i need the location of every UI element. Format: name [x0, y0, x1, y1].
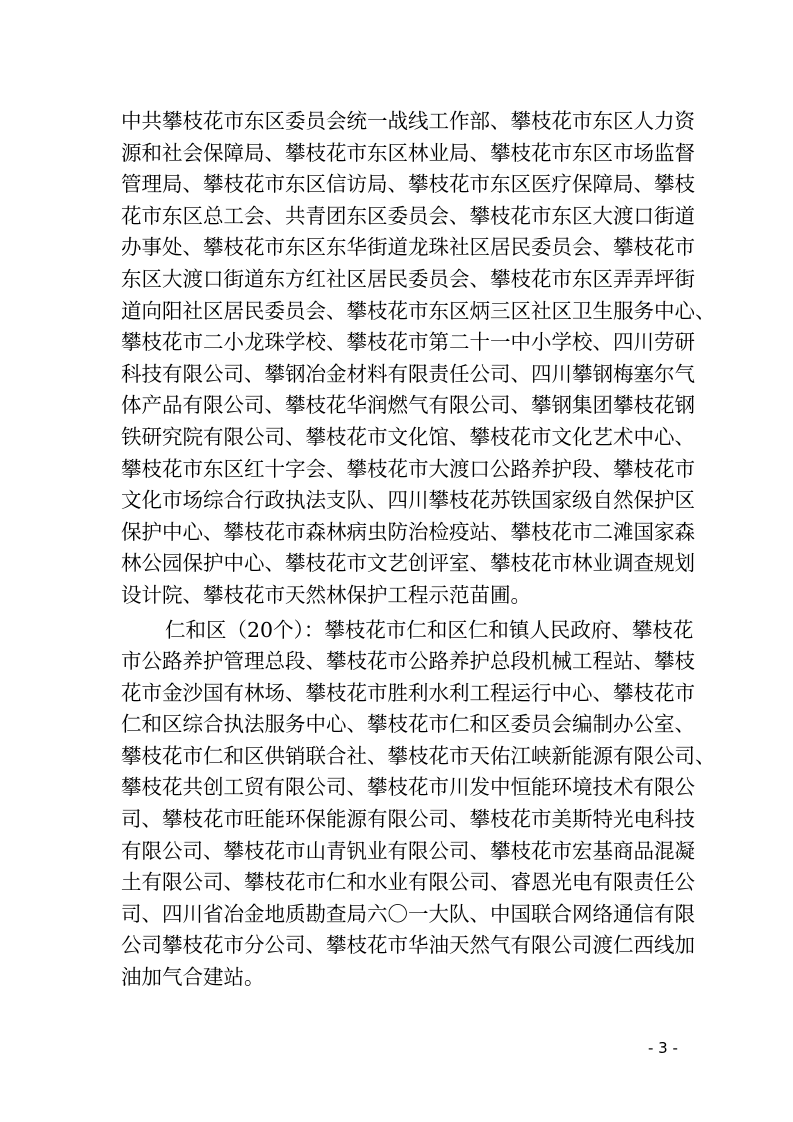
text-line: 仁和区综合执法服务中心、攀枝花市仁和区委员会编制办公室、	[121, 709, 673, 741]
text-line: 司、攀枝花市旺能环保能源有限公司、攀枝花市美斯特光电科技	[121, 804, 673, 836]
text-line: 攀枝花共创工贸有限公司、攀枝花市川发中恒能环境技术有限公	[121, 772, 673, 804]
text-line: 花市东区总工会、共青团东区委员会、攀枝花市东区大渡口街道	[121, 201, 673, 233]
text-line: 中共攀枝花市东区委员会统一战线工作部、攀枝花市东区人力资	[121, 106, 673, 138]
text-line: 科技有限公司、攀钢冶金材料有限责任公司、四川攀钢梅塞尔气	[121, 359, 673, 391]
text-line: 文化市场综合行政执法支队、四川攀枝花苏铁国家级自然保护区	[121, 485, 673, 517]
text-line: 公司攀枝花市分公司、攀枝花市华油天然气有限公司渡仁西线加	[121, 930, 673, 962]
text-line: 攀枝花市二小龙珠学校、攀枝花市第二十一中小学校、四川劳研	[121, 327, 673, 359]
text-line: 市公路养护管理总段、攀枝花市公路养护总段机械工程站、攀枝	[121, 646, 673, 678]
district-label: 仁和区（20个）：	[165, 618, 324, 642]
paragraph-renhequ-list: 仁和区（20个）：攀枝花市仁和区仁和镇人民政府、攀枝花 市公路养护管理总段、攀枝…	[121, 615, 673, 994]
text-segment: 攀枝花市仁和区仁和镇人民政府、攀枝花	[324, 618, 693, 642]
document-body: 中共攀枝花市东区委员会统一战线工作部、攀枝花市东区人力资 源和社会保障局、攀枝花…	[121, 106, 673, 994]
text-line: 土有限公司、攀枝花市仁和水业有限公司、睿恩光电有限责任公	[121, 867, 673, 899]
text-line: 道向阳社区居民委员会、攀枝花市东区炳三区社区卫生服务中心、	[121, 296, 673, 328]
text-line: 攀枝花市仁和区供销联合社、攀枝花市天佑江峡新能源有限公司、	[121, 741, 673, 773]
text-line: 有限公司、攀枝花市山青钒业有限公司、攀枝花市宏基商品混凝	[121, 836, 673, 868]
text-line: 设计院、攀枝花市天然林保护工程示范苗圃。	[121, 580, 673, 612]
text-line: 花市金沙国有林场、攀枝花市胜利水利工程运行中心、攀枝花市	[121, 678, 673, 710]
text-line: 司、四川省冶金地质勘查局六〇一大队、中国联合网络通信有限	[121, 899, 673, 931]
text-line: 办事处、攀枝花市东区东华街道龙珠社区居民委员会、攀枝花市	[121, 232, 673, 264]
text-line: 保护中心、攀枝花市森林病虫防治检疫站、攀枝花市二滩国家森	[121, 517, 673, 549]
document-page: 中共攀枝花市东区委员会统一战线工作部、攀枝花市东区人力资 源和社会保障局、攀枝花…	[0, 0, 793, 1122]
page-number: - 3 -	[648, 1039, 678, 1057]
text-line: 油加气合建站。	[121, 962, 673, 994]
text-line: 源和社会保障局、攀枝花市东区林业局、攀枝花市东区市场监督	[121, 138, 673, 170]
text-line: 林公园保护中心、攀枝花市文艺创评室、攀枝花市林业调查规划	[121, 548, 673, 580]
paragraph-dongqu-list: 中共攀枝花市东区委员会统一战线工作部、攀枝花市东区人力资 源和社会保障局、攀枝花…	[121, 106, 673, 612]
text-line: 管理局、攀枝花市东区信访局、攀枝花市东区医疗保障局、攀枝	[121, 169, 673, 201]
paragraph-first-line: 仁和区（20个）：攀枝花市仁和区仁和镇人民政府、攀枝花	[121, 615, 673, 647]
text-line: 铁研究院有限公司、攀枝花市文化馆、攀枝花市文化艺术中心、	[121, 422, 673, 454]
text-line: 东区大渡口街道东方红社区居民委员会、攀枝花市东区弄弄坪街	[121, 264, 673, 296]
text-line: 体产品有限公司、攀枝花华润燃气有限公司、攀钢集团攀枝花钢	[121, 390, 673, 422]
text-line: 攀枝花市东区红十字会、攀枝花市大渡口公路养护段、攀枝花市	[121, 454, 673, 486]
